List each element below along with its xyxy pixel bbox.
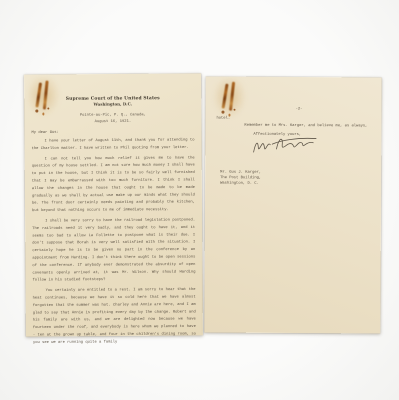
paragraph-2: I can not tell you how much relief it gi… [32,154,195,214]
paragraph-4: You certainly are entitled to a rest. I … [33,286,196,346]
paragraph-1: I have your letter of August 11th, and t… [32,136,195,152]
taft-signature [249,131,325,159]
letterhead-city: Washington, D.C. [24,101,201,107]
date-line: August 16, 1921. [24,118,201,125]
paragraph-3: I shall be very sorry to have the railro… [32,216,195,284]
place-date-block: Pointe-au-Pic, P. Q., Canada, August 16,… [24,111,201,125]
letterhead: Supreme Court of the United States Washi… [24,95,201,107]
page-number: -2- [205,107,381,112]
continuation-word: hotel. [216,116,230,120]
recipient-city: Washington, D. C. [220,181,261,187]
salutation: My dear Gus: [31,130,58,134]
letter-page-2: -2- hotel. Remember me to Mrs. Karger, a… [204,77,381,334]
recipient-address: Mr. Gus J. Karger, The Post Building, Wa… [220,170,261,187]
closing-line: Remember me to Mrs. Karger, and believe … [244,123,367,128]
letter-page-1: Supreme Court of the United States Washi… [24,73,203,336]
letter-body: I have your letter of August 11th, and t… [32,136,196,349]
